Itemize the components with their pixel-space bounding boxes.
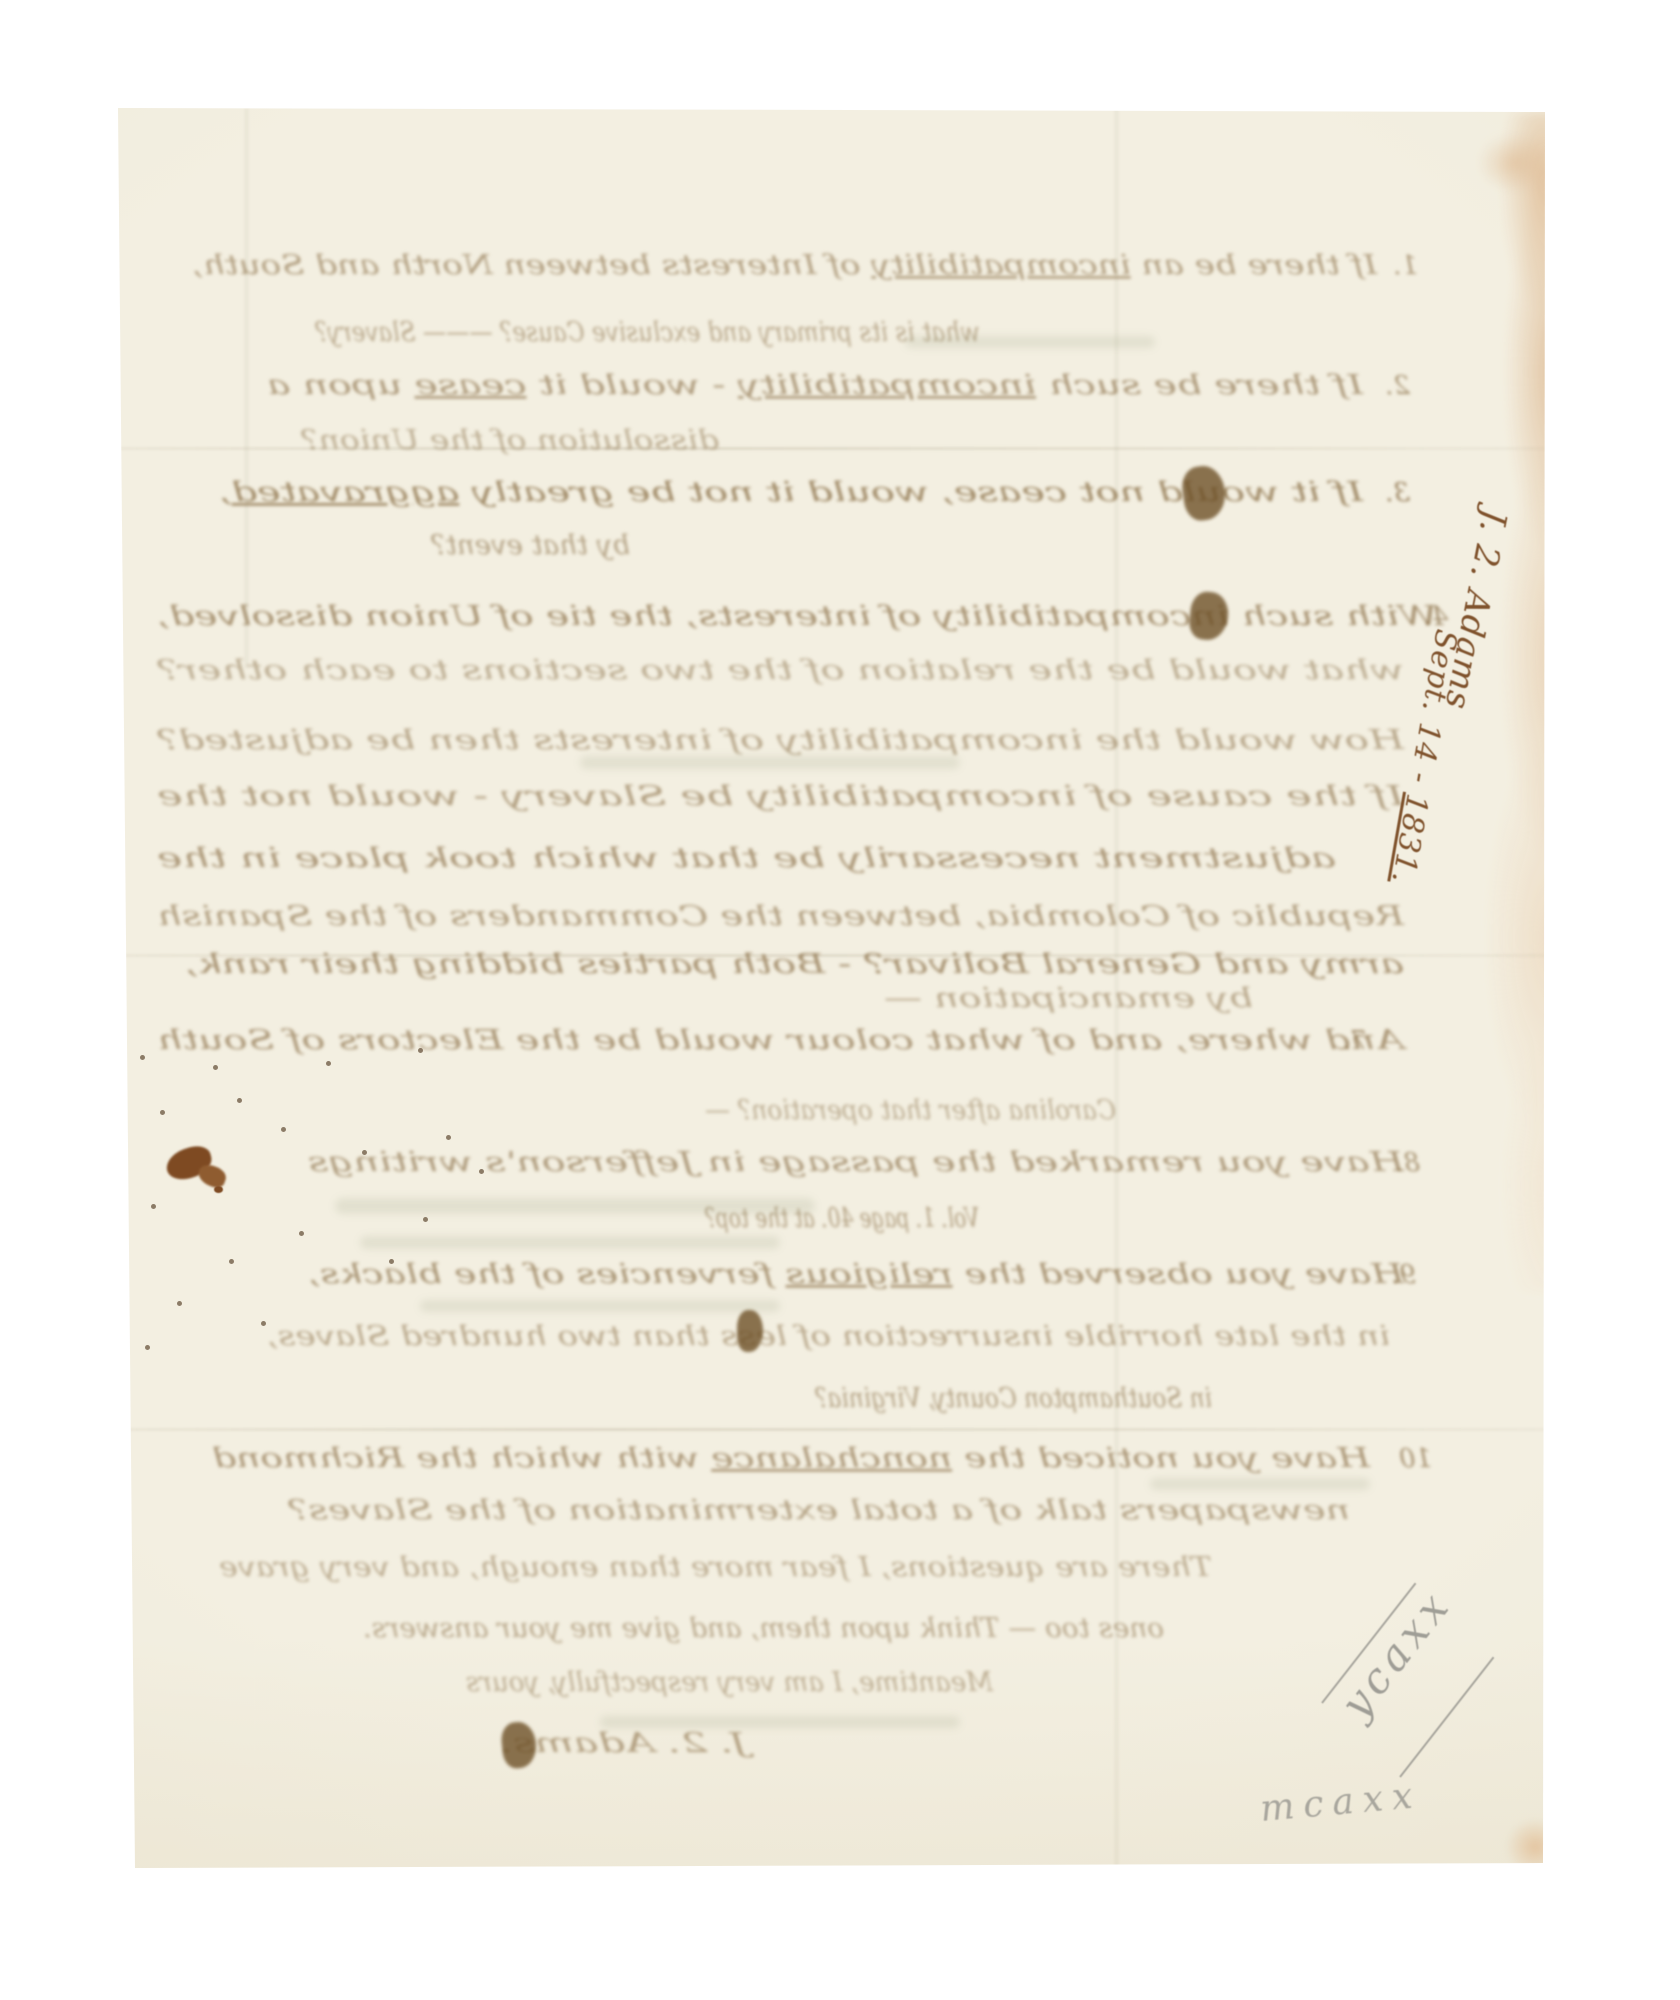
question-number: 9. [1391,1260,1416,1290]
handwriting-line: With such incompatibility of interests, … [157,601,1438,632]
handwriting-line: by that event? [430,530,630,561]
handwriting-line: ones too — Think upon them, and give me … [363,1613,1164,1644]
handwriting-line: J. 2. Adams. [500,1728,755,1759]
handwriting-line: Carolina after that operation? — [705,1095,1116,1126]
ghost-text-smudge [335,1198,815,1214]
question-number: 10 [1399,1444,1432,1474]
handwriting-line: Have you noticed the nonchalance with wh… [212,1443,1371,1474]
ink-layer: If there be an incompatibility of Intere… [0,0,1680,2000]
ink-blotch [214,1186,223,1193]
handwriting-line: army and General Bolivar? - Both parties… [185,949,1404,980]
handwriting-line: If there be an incompatibility of Intere… [192,250,1378,281]
question-number: 1. [1393,251,1418,281]
handwriting-line: in Southampton County, Virginia? [815,1383,1212,1414]
ghost-text-smudge [600,1716,960,1728]
handwriting-line: And where, and of what colour would be t… [157,1025,1408,1056]
handwriting-line: what would be the relation of the two se… [156,655,1404,686]
handwriting-line: Meantime, I am very respectfully, yours [466,1667,994,1698]
handwriting-line: what is its primary and exclusive Cause?… [315,317,980,348]
ink-speckles [0,0,3,3]
ghost-text-smudge [905,336,1155,348]
question-number: 3. [1385,478,1410,508]
ghost-text-smudge [360,1236,780,1249]
handwriting-line: by emancipation — [884,983,1253,1014]
handwriting-line: newspapers talk of a total extermination… [287,1495,1350,1526]
handwriting-line: There are questions, I fear more than en… [219,1552,1212,1583]
letter-paper: If there be an incompatibility of Intere… [0,0,1680,2000]
handwriting-line: How would the incompatibility of interes… [156,725,1405,756]
ghost-text-smudge [1150,1478,1370,1490]
handwriting-line: in the late horrible insurrection of les… [267,1321,1390,1352]
ghost-text-smudge [580,756,960,769]
handwriting-line: dissolution of the Union? [300,425,719,456]
ghost-text-smudge [420,1300,780,1312]
mirrored-bleedthrough-text: If there be an incompatibility of Intere… [156,250,1449,1759]
question-number: 2. [1385,371,1411,401]
photo-background: If there be an incompatibility of Intere… [0,0,1680,2000]
handwriting-line: Have you observed the religious fervenci… [308,1259,1405,1290]
docket-date-prefix: Sept. 14 - [1400,627,1463,798]
question-number: 8. [1395,1148,1420,1178]
handwriting-line: If the cause of incompatibility be Slave… [157,781,1406,812]
handwriting-line: Have you remarked the passage in Jeffers… [308,1147,1405,1178]
handwriting-line: Republic of Colombia, between the Comman… [157,901,1405,932]
docket-annotation: J. 2. Adams Sept. 14 - 1831. [1384,500,1515,886]
question-number: 7. [1343,1026,1368,1056]
handwriting-line: If there be such incompatibility - would… [267,370,1364,401]
handwriting-line: adjustment necessarily be that which too… [157,843,1336,874]
